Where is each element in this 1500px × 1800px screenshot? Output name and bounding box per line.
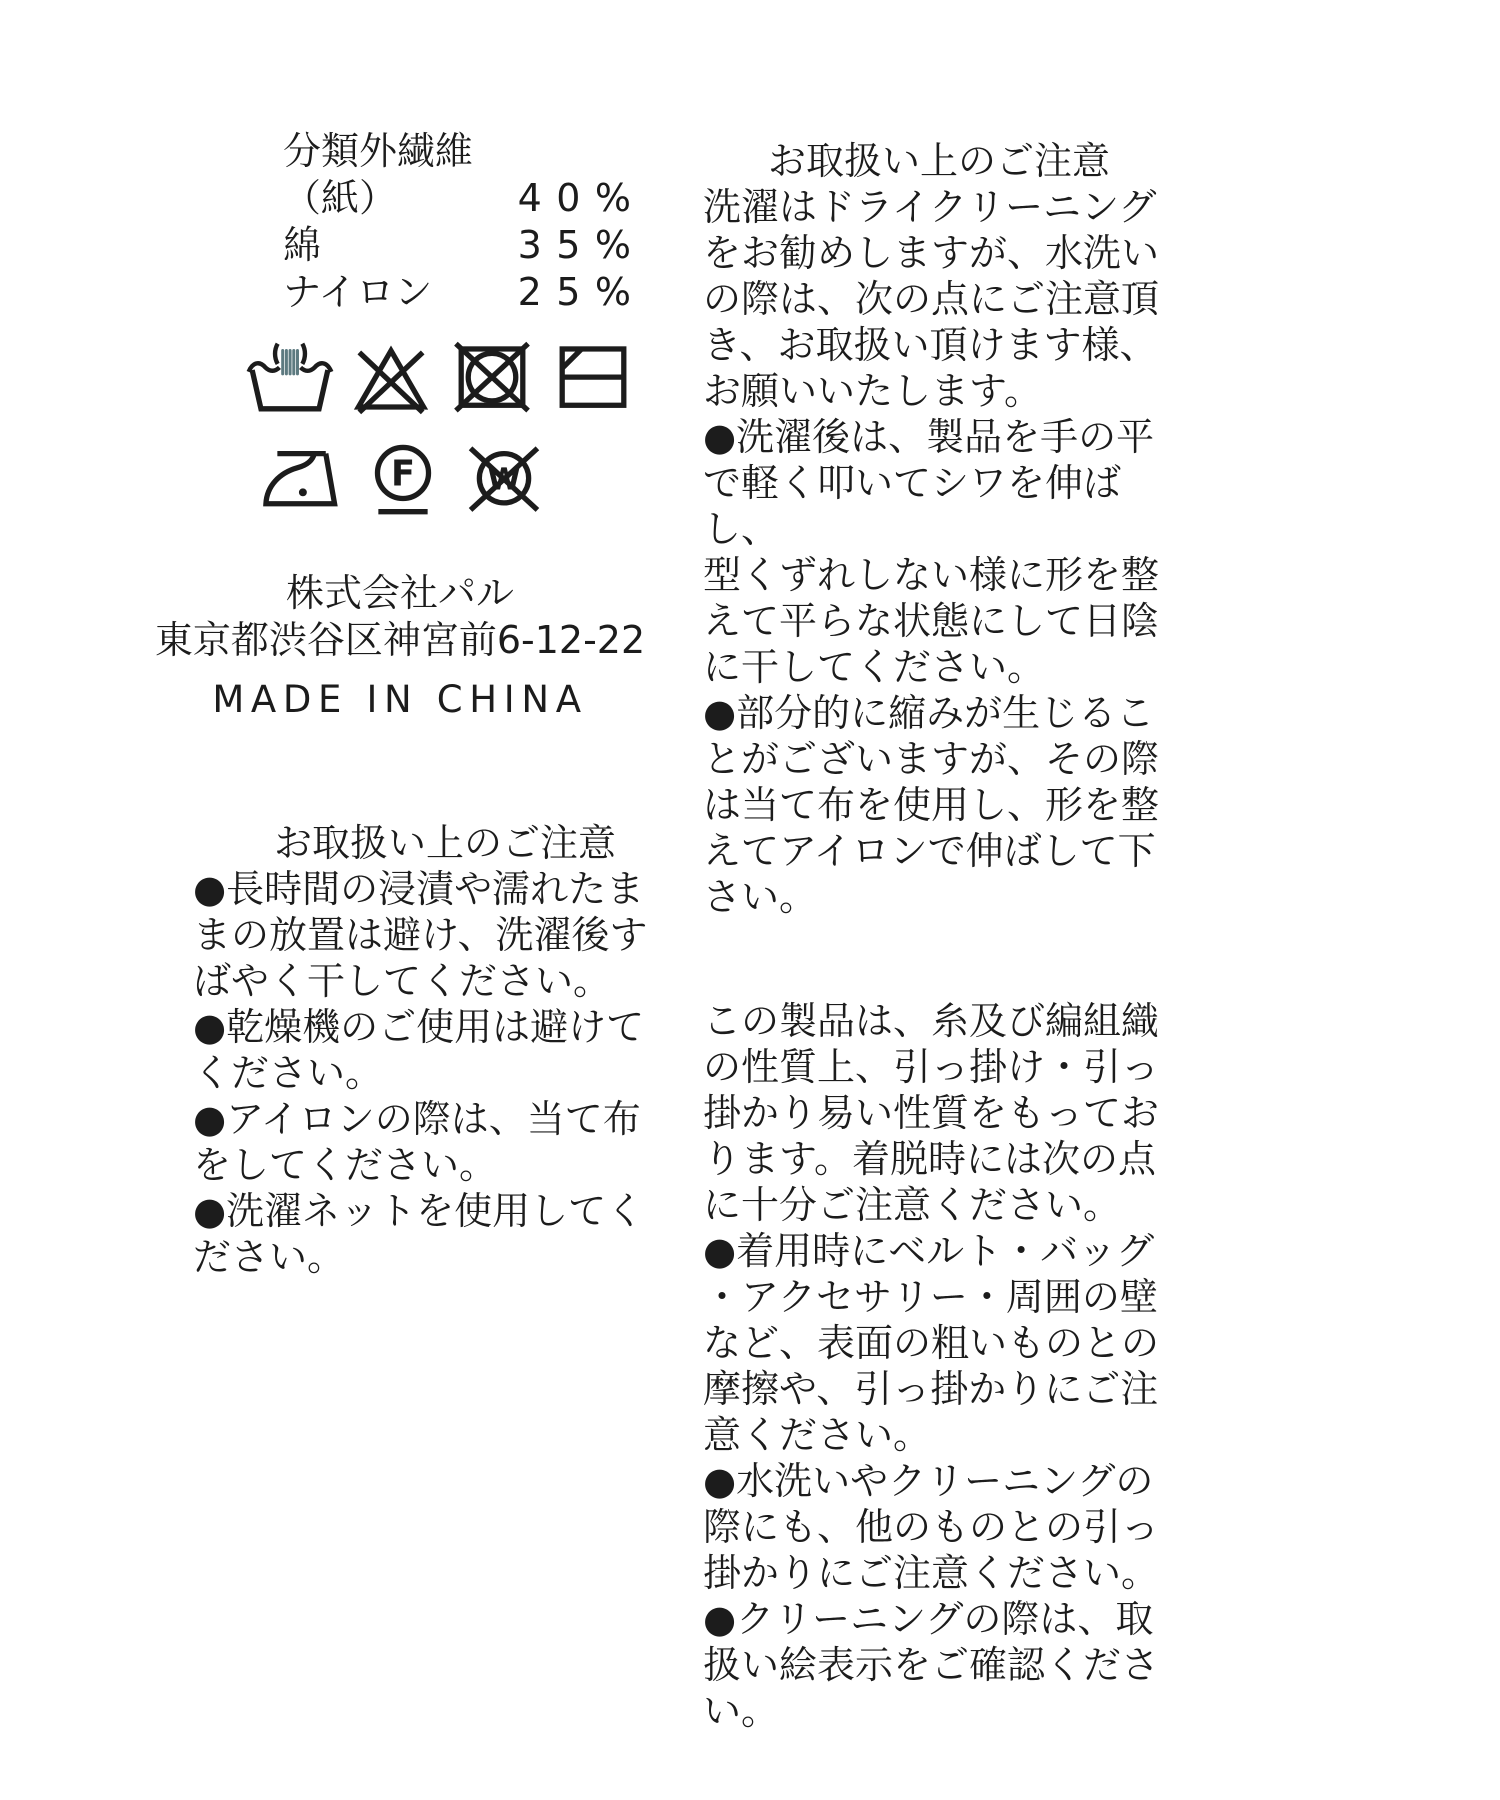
care-text-right-paragraph-2: この製品は、糸及び編組織 の性質上、引っ掛け・引っ 掛かり易い性質をもってお り… [703, 998, 1175, 1734]
do-not-wet-clean-icon: W [460, 440, 548, 520]
iron-low-heat-icon [258, 440, 346, 520]
maker-info: 株式会社パル 東京都渋谷区神宮前6-12-22 MADE IN CHINA [150, 570, 650, 723]
care-heading-left: お取扱い上のご注意 [193, 820, 661, 866]
care-symbols: F W [246, 338, 637, 520]
care-text-right-paragraph-1: 洗濯はドライクリーニング をお勧めしますが、水洗い の際は、次の点にご注意頂 き… [703, 184, 1175, 920]
care-symbols-row-1 [246, 338, 637, 418]
country-of-origin: MADE IN CHINA [150, 676, 650, 723]
care-instructions-left: お取扱い上のご注意 ●長時間の浸漬や濡れたま まの放置は避け、洗濯後す ばやく干… [193, 820, 661, 1280]
care-heading-right: お取扱い上のご注意 [703, 138, 1175, 184]
do-not-bleach-icon [347, 338, 435, 418]
fiber-row: ナイロン 25% [283, 269, 631, 316]
fiber-name: （紙） [283, 175, 397, 222]
company-address: 東京都渋谷区神宮前6-12-22 [150, 617, 650, 664]
fiber-composition: 分類外繊維 （紙） 40% 綿 35% ナイロン 25% [283, 128, 631, 316]
care-instructions-right: お取扱い上のご注意 洗濯はドライクリーニング をお勧めしますが、水洗い の際は、… [703, 138, 1175, 1734]
care-label-page: 分類外繊維 （紙） 40% 綿 35% ナイロン 25% [0, 0, 1500, 1800]
fiber-percent: 25% [518, 269, 646, 316]
care-symbols-row-2: F W [258, 440, 637, 520]
do-not-tumble-dry-icon [448, 338, 536, 418]
fiber-name: ナイロン [283, 269, 432, 316]
dry-clean-letter: F [391, 453, 415, 494]
fiber-row: 綿 35% [283, 222, 631, 269]
fiber-name: 綿 [283, 222, 321, 269]
fiber-percent: 40% [518, 175, 646, 222]
company-name: 株式会社パル [150, 570, 650, 617]
fiber-composition-header: 分類外繊維 [283, 128, 631, 175]
fiber-percent: 35% [518, 222, 646, 269]
fiber-row: （紙） 40% [283, 175, 631, 222]
care-text-left: ●長時間の浸漬や濡れたま まの放置は避け、洗濯後す ばやく干してください。 ●乾… [193, 866, 661, 1280]
dry-flat-in-shade-icon [549, 338, 637, 418]
hand-wash-icon [246, 338, 334, 418]
dry-clean-petroleum-gentle-icon: F [359, 440, 447, 520]
